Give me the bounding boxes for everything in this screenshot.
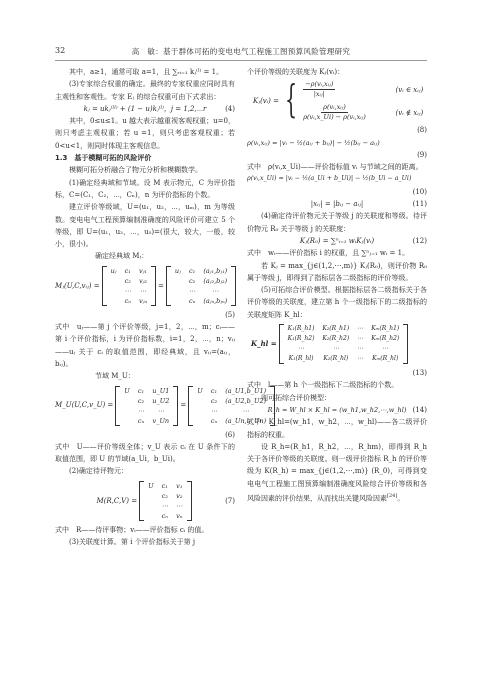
paragraph: (2)确定待评物元： (55, 465, 235, 477)
equation-5: Mⱼ(U,C,vᵢⱼ) = uⱼc₁vⱼ₁ c₂vⱼ₂ ⋯⋯ cₙvⱼₙ = u… (55, 266, 235, 306)
paragraph: 式中 R——待评事物；vᵢ——评价指标 cᵢ 的值。 (55, 524, 235, 536)
document-page: 32 高 敏：基于群体可拓的变电电气工程施工图预算风险管理研究 其中，a≥1，通… (0, 0, 480, 679)
paragraph: 其中，a≥1，通常可取 a=1，且 ∑ᵣᵢ₌₁ kⱼ⁽ᴵ⁾ = 1。 (55, 66, 235, 78)
equation-number: (6) (55, 429, 235, 441)
paragraph: 式中 l——第 h 个一级指标下二级指标的个数。 (247, 379, 427, 391)
paragraph: 若 Kⱼ = max_{j∈(1,2,⋯,m)} Kⱼ(R₀)，则评价物 R₀ … (247, 260, 427, 285)
paragraph: 式中 K_hl=(w_h1，w_h2，⋯，w_hl)——各二级评价指标的权重。 (247, 416, 427, 441)
equation-13: K_hl = K₁(R_h1)K₂(R_h1)⋯Kₘ(R_h1) K₁(R_h2… (247, 324, 427, 364)
equation-number: (9) (247, 149, 427, 161)
equation-number: (5) (55, 309, 235, 321)
equation-number: (12) (413, 235, 427, 247)
equation-number: (4) (225, 103, 235, 115)
equation-number: (13) (247, 367, 427, 379)
left-brace-icon: { (285, 80, 297, 122)
equation-10: ρ(vᵢ,x_Ui) = |vᵢ − ½(a_Ui + b_Ui)| − ½(b… (247, 173, 427, 185)
equation-7: M(R,C,V) = Uc₁v₁ c₂v₂ ⋯⋯ cₙvₙ (7) (55, 481, 235, 521)
equation-6: M_U(U,C,v_U) = Uc₁u_U1 c₂u_U2 ⋯⋯ cₙv_Un … (55, 386, 235, 426)
left-column: 其中，a≥1，通常可取 a=1，且 ∑ᵣᵢ₌₁ kⱼ⁽ᴵ⁾ = 1。 (3)专家… (55, 66, 235, 548)
paragraph: (5)可拓综合评价模型。根据指标层各二级指标关于各评价等级的关联度，建立第 h … (247, 284, 427, 321)
citation[interactable]: [24] (387, 493, 397, 499)
paragraph: 式中 U——评价等级全体；v_U 表示 cᵢ 在 U 条件下的取值范围，即 U … (55, 441, 235, 466)
equation-number: (14) (413, 404, 427, 416)
running-title: 高 敏：基于群体可拓的变电电气工程施工图预算风险管理研究 (55, 46, 427, 57)
paragraph: (3)专家综合权重的确定。最终的专家权重应同时具有主观性和客观性。专家 Eⱼ 的… (55, 78, 235, 103)
equation-9: ρ(vᵢ,xᵢⱼ) = |vᵢ − ½(aᵢⱼ + bᵢⱼ)| − ½(bᵢⱼ … (247, 137, 427, 149)
equation-8: Kⱼ(vᵢ) = { −ρ(vᵢ,xᵢⱼ)|xᵢⱼ| (vᵢ ∈ xᵢⱼ) ρ(… (247, 80, 427, 122)
paragraph: (3)关联度计算。第 i 个评价指标关于第 j (55, 536, 235, 548)
equation-12: Kⱼ(R₀) = ∑ⁿᵢ₌₁ wᵢKⱼ(vᵢ) (12) (247, 235, 427, 247)
paragraph: 其中，0≤u≤1。u 越大表示越重视客观权重；u=0，则只考虑主观权重；若 u … (55, 115, 235, 152)
right-column: 个评价等级的关联度为 Kⱼ(vᵢ)： Kⱼ(vᵢ) = { −ρ(vᵢ,xᵢⱼ)… (247, 66, 427, 505)
equation-number: (8) (247, 124, 427, 136)
paragraph: 式中 ρ(vᵢ,x_Ui)——评价指标值 vᵢ 与节域之间的距离。 (247, 161, 427, 173)
section-heading: 1.3 基于模糊可拓的风险评价 (55, 152, 235, 164)
matrix: uⱼc₁(aⱼ₁,bⱼ₁) c₂(aⱼ₂,bⱼ₂) ⋯⋯ cₙ(aⱼₙ,bⱼₙ) (166, 266, 236, 306)
paragraph: 式中 wᵢ——评价指标 i 的权重，且 ∑ⁿⱼ₌₁ wᵢ = 1。 (247, 247, 427, 259)
equation-14: R_h = W_hl × K_hl = (w_h1,w_h2,⋯,w_hl) (… (247, 404, 427, 416)
paragraph: 模糊可拓分析融合了物元分析和模糊数学。 (55, 164, 235, 176)
matrix: uⱼc₁vⱼ₁ c₂vⱼ₂ ⋯⋯ cₙvⱼₙ (102, 266, 156, 306)
matrix: Uc₁v₁ c₂v₂ ⋯⋯ cₙvₙ (139, 481, 191, 521)
equation-11: |xᵢⱼ| = |bᵢⱼ − aᵢⱼ| (11) (247, 198, 427, 210)
matrix: K₁(R_h1)K₂(R_h1)⋯Kₘ(R_h1) K₁(R_h2)K₂(R_h… (279, 324, 409, 364)
paragraph: (1)确定经典域和节域。设 M 表示物元，C 为评价指标，C=(C₁，C₂，⋯，… (55, 177, 235, 202)
paragraph: 式中 uⱼ——第 j 个评价等级，j=1，2，⋯，m；cᵢ——第 i 个评价指标… (55, 321, 235, 370)
paragraph: 个评价等级的关联度为 Kⱼ(vᵢ)： (247, 66, 427, 78)
paragraph: 确定经典域 Mⱼ： (55, 250, 235, 262)
running-header: 32 高 敏：基于群体可拓的变电电气工程施工图预算风险管理研究 (55, 44, 427, 61)
paragraph: 建立评价等级域，U=(u₁，u₂，⋯，uₘ)，m 为等级数。变电电气工程预算编制… (55, 201, 235, 250)
paragraph: (4)确定待评价物元关于等级 j 的关联度和等级。待评价物元 R₀ 关于等级 j… (247, 210, 427, 235)
paragraph: 设 R_h=(R_h1，R_h2，⋯，R_hm)，即得到 R_h 关于各评价等级… (247, 441, 427, 505)
equation-number: (10) (247, 186, 427, 198)
equation-4: kⱼ = ukⱼ⁽ᴵᴵ⁾ + (1 − u)kⱼ⁽ᴵ⁾，j = 1,2,⋯r (… (55, 103, 235, 115)
matrix: Uc₁u_U1 c₂u_U2 ⋯⋯ cₙv_Un (115, 386, 178, 426)
equation-number: (11) (413, 198, 427, 210)
equation-number: (7) (225, 495, 235, 507)
paragraph: 则可拓综合评价模型： (247, 392, 427, 404)
paragraph: 节域 M_U： (55, 370, 235, 382)
